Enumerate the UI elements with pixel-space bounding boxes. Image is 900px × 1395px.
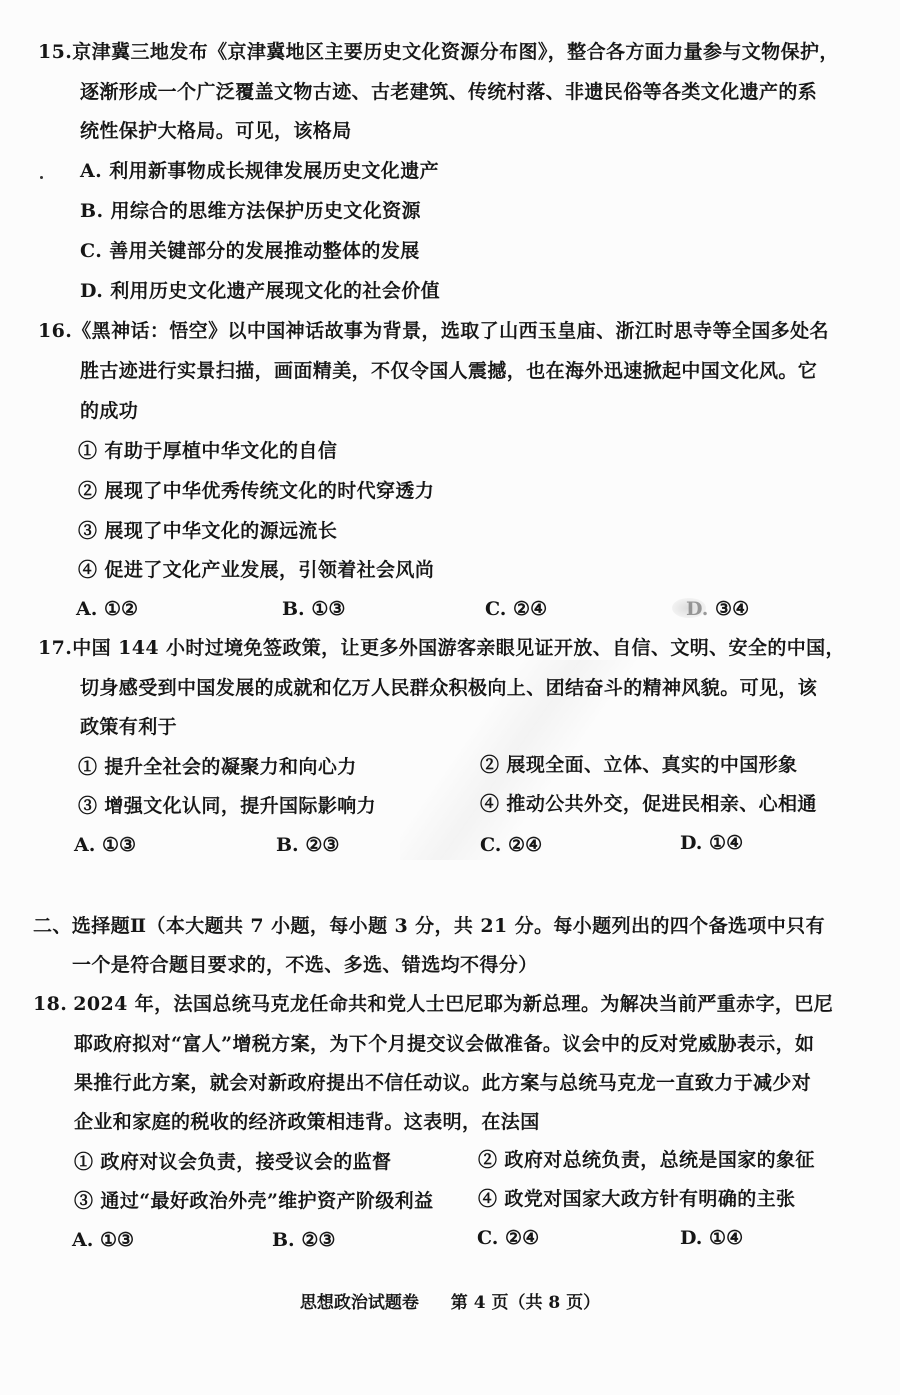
question-18-answer-a[interactable]: A. ①③ [72,1228,134,1252]
stem-text: 2024 年，法国总统马克龙任命共和党人士巴尼耶为新总理。为解决当前严重赤字，巴… [73,993,833,1015]
question-number: 16. [38,319,72,343]
option-label: C. [485,598,506,620]
question-17-answer-c[interactable]: C. ②④ [480,833,542,857]
option-label: A. [76,598,97,620]
question-number: 18. [33,992,67,1016]
question-18-stem-line-1: 18.2024 年，法国总统马克龙任命共和党人士巴尼耶为新总理。为解决当前严重赤… [33,992,833,1016]
option-label: A. [72,1229,93,1251]
question-16-item-3: ③ 展现了中华文化的源远流长 [78,519,337,543]
question-18-stem-line-3: 果推行此方案，就会对新政府提出不信任动议。此方案与总统马克龙一直致力于减少对 [74,1071,811,1095]
question-18-stem-line-2: 耶政府拟对“富人”增税方案，为下个月提交议会做准备。议会中的反对党威胁表示，如 [74,1032,814,1056]
option-label: B. [276,834,299,856]
option-text: ①② [104,598,138,620]
option-text: ①③ [102,834,136,856]
option-label: B. [272,1229,295,1251]
option-text: ③④ [715,598,749,620]
option-label: A. [74,834,95,856]
question-17-item-4: ④ 推动公共外交，促进民相亲、心相通 [480,792,817,816]
scan-stray-mark [40,176,43,179]
question-18-stem-line-4: 企业和家庭的税收的经济政策相违背。这表明，在法国 [74,1110,540,1134]
option-text: 利用历史文化遗产展现文化的社会价值 [110,280,440,302]
question-16-item-2: ② 展现了中华优秀传统文化的时代穿透力 [78,479,434,503]
question-15-stem-line-3: 统性保护大格局。可见，该格局 [80,119,352,143]
question-15-option-a[interactable]: A. 利用新事物成长规律发展历史文化遗产 [80,159,439,183]
scan-smudge [672,598,706,618]
question-15-stem-line-1: 15.京津冀三地发布《京津冀地区主要历史文化资源分布图》，整合各方面力量参与文物… [38,40,839,64]
question-16-answer-b[interactable]: B. ①③ [282,597,345,621]
question-18-item-2: ② 政府对总统负责，总统是国家的象征 [478,1148,815,1172]
stem-text: 京津冀三地发布《京津冀地区主要历史文化资源分布图》，整合各方面力量参与文物保护， [72,41,839,63]
question-number: 15. [38,40,72,64]
section-2-title-line-2: 一个是符合题目要求的，不选、多选、错选均不得分） [72,953,538,977]
question-16-item-4: ④ 促进了文化产业发展，引领着社会风尚 [78,558,434,582]
option-label: C. [477,1227,498,1249]
option-text: 用综合的思维方法保护历史文化资源 [111,200,421,222]
footer-page-number: 第 4 页（共 8 页） [451,1293,600,1313]
option-label: C. [480,834,501,856]
option-text: ①③ [100,1229,134,1251]
question-18-item-4: ④ 政党对国家大政方针有明确的主张 [478,1187,795,1211]
question-18-answer-b[interactable]: B. ②③ [272,1228,335,1252]
question-16-answer-c[interactable]: C. ②④ [485,597,547,621]
question-17-item-3: ③ 增强文化认同，提升国际影响力 [78,794,376,818]
question-15-stem-line-2: 逐渐形成一个广泛覆盖文物古迹、古老建筑、传统村落、非遗民俗等各类文化遗产的系 [80,80,817,104]
question-15-option-c[interactable]: C. 善用关键部分的发展推动整体的发展 [80,239,420,263]
option-label: B. [282,598,305,620]
question-17-answer-d[interactable]: D. ①④ [680,831,743,855]
question-17-item-1: ① 提升全社会的凝聚力和向心力 [78,755,357,779]
option-text: ①③ [311,598,345,620]
question-16-stem-line-2: 胜古迹进行实景扫描，画面精美，不仅令国人震撼，也在海外迅速掀起中国文化风。它 [80,359,817,383]
footer-subject: 思想政治试题卷 [300,1293,419,1313]
option-text: 利用新事物成长规律发展历史文化遗产 [109,160,439,182]
option-text: ②③ [305,834,339,856]
question-18-answer-c[interactable]: C. ②④ [477,1226,539,1250]
question-17-stem-line-3: 政策有利于 [80,715,177,739]
question-17-answer-b[interactable]: B. ②③ [276,833,339,857]
question-16-stem-line-3: 的成功 [80,399,138,423]
question-18-item-3: ③ 通过“最好政治外壳”维护资产阶级利益 [74,1189,433,1213]
page-footer: 思想政治试题卷 第 4 页（共 8 页） [0,1292,900,1314]
option-text: ②④ [505,1227,539,1249]
question-17-item-2: ② 展现全面、立体、真实的中国形象 [480,753,797,777]
stem-text: 中国 144 小时过境免签政策，让更多外国游客亲眼见证开放、自信、文明、安全的中… [72,637,845,659]
stem-text: 《黑神话：悟空》以中国神话故事为背景，选取了山西玉皇庙、浙江时思寺等全国多处名 [72,320,829,342]
question-15-option-b[interactable]: B. 用综合的思维方法保护历史文化资源 [80,199,421,223]
option-text: ②④ [513,598,547,620]
question-15-option-d[interactable]: D. 利用历史文化遗产展现文化的社会价值 [80,279,440,303]
option-label: D. [680,1227,702,1249]
option-label: B. [80,200,103,222]
question-number: 17. [38,636,72,660]
question-16-item-1: ① 有助于厚植中华文化的自信 [78,439,337,463]
question-17-stem-line-1: 17.中国 144 小时过境免签政策，让更多外国游客亲眼见证开放、自信、文明、安… [38,636,845,660]
option-text: ②③ [301,1229,335,1251]
option-text: ②④ [508,834,542,856]
question-16-stem-line-1: 16.《黑神话：悟空》以中国神话故事为背景，选取了山西玉皇庙、浙江时思寺等全国多… [38,319,829,343]
question-16-answer-a[interactable]: A. ①② [76,597,138,621]
option-label: D. [680,832,702,854]
option-label: C. [80,240,102,262]
question-18-item-1: ① 政府对议会负责，接受议会的监督 [74,1150,391,1174]
option-text: ①④ [709,832,743,854]
question-18-answer-d[interactable]: D. ①④ [680,1226,743,1250]
option-text: ①④ [709,1227,743,1249]
section-2-title-line-1: 二、选择题Ⅱ（本大题共 7 小题，每小题 3 分，共 21 分。每小题列出的四个… [33,914,825,938]
option-text: 善用关键部分的发展推动整体的发展 [109,240,419,262]
question-17-stem-line-2: 切身感受到中国发展的成就和亿万人民群众积极向上、团结奋斗的精神风貌。可见，该 [80,676,817,700]
question-17-answer-a[interactable]: A. ①③ [74,833,136,857]
option-label: A. [80,160,102,182]
option-label: D. [80,280,103,302]
